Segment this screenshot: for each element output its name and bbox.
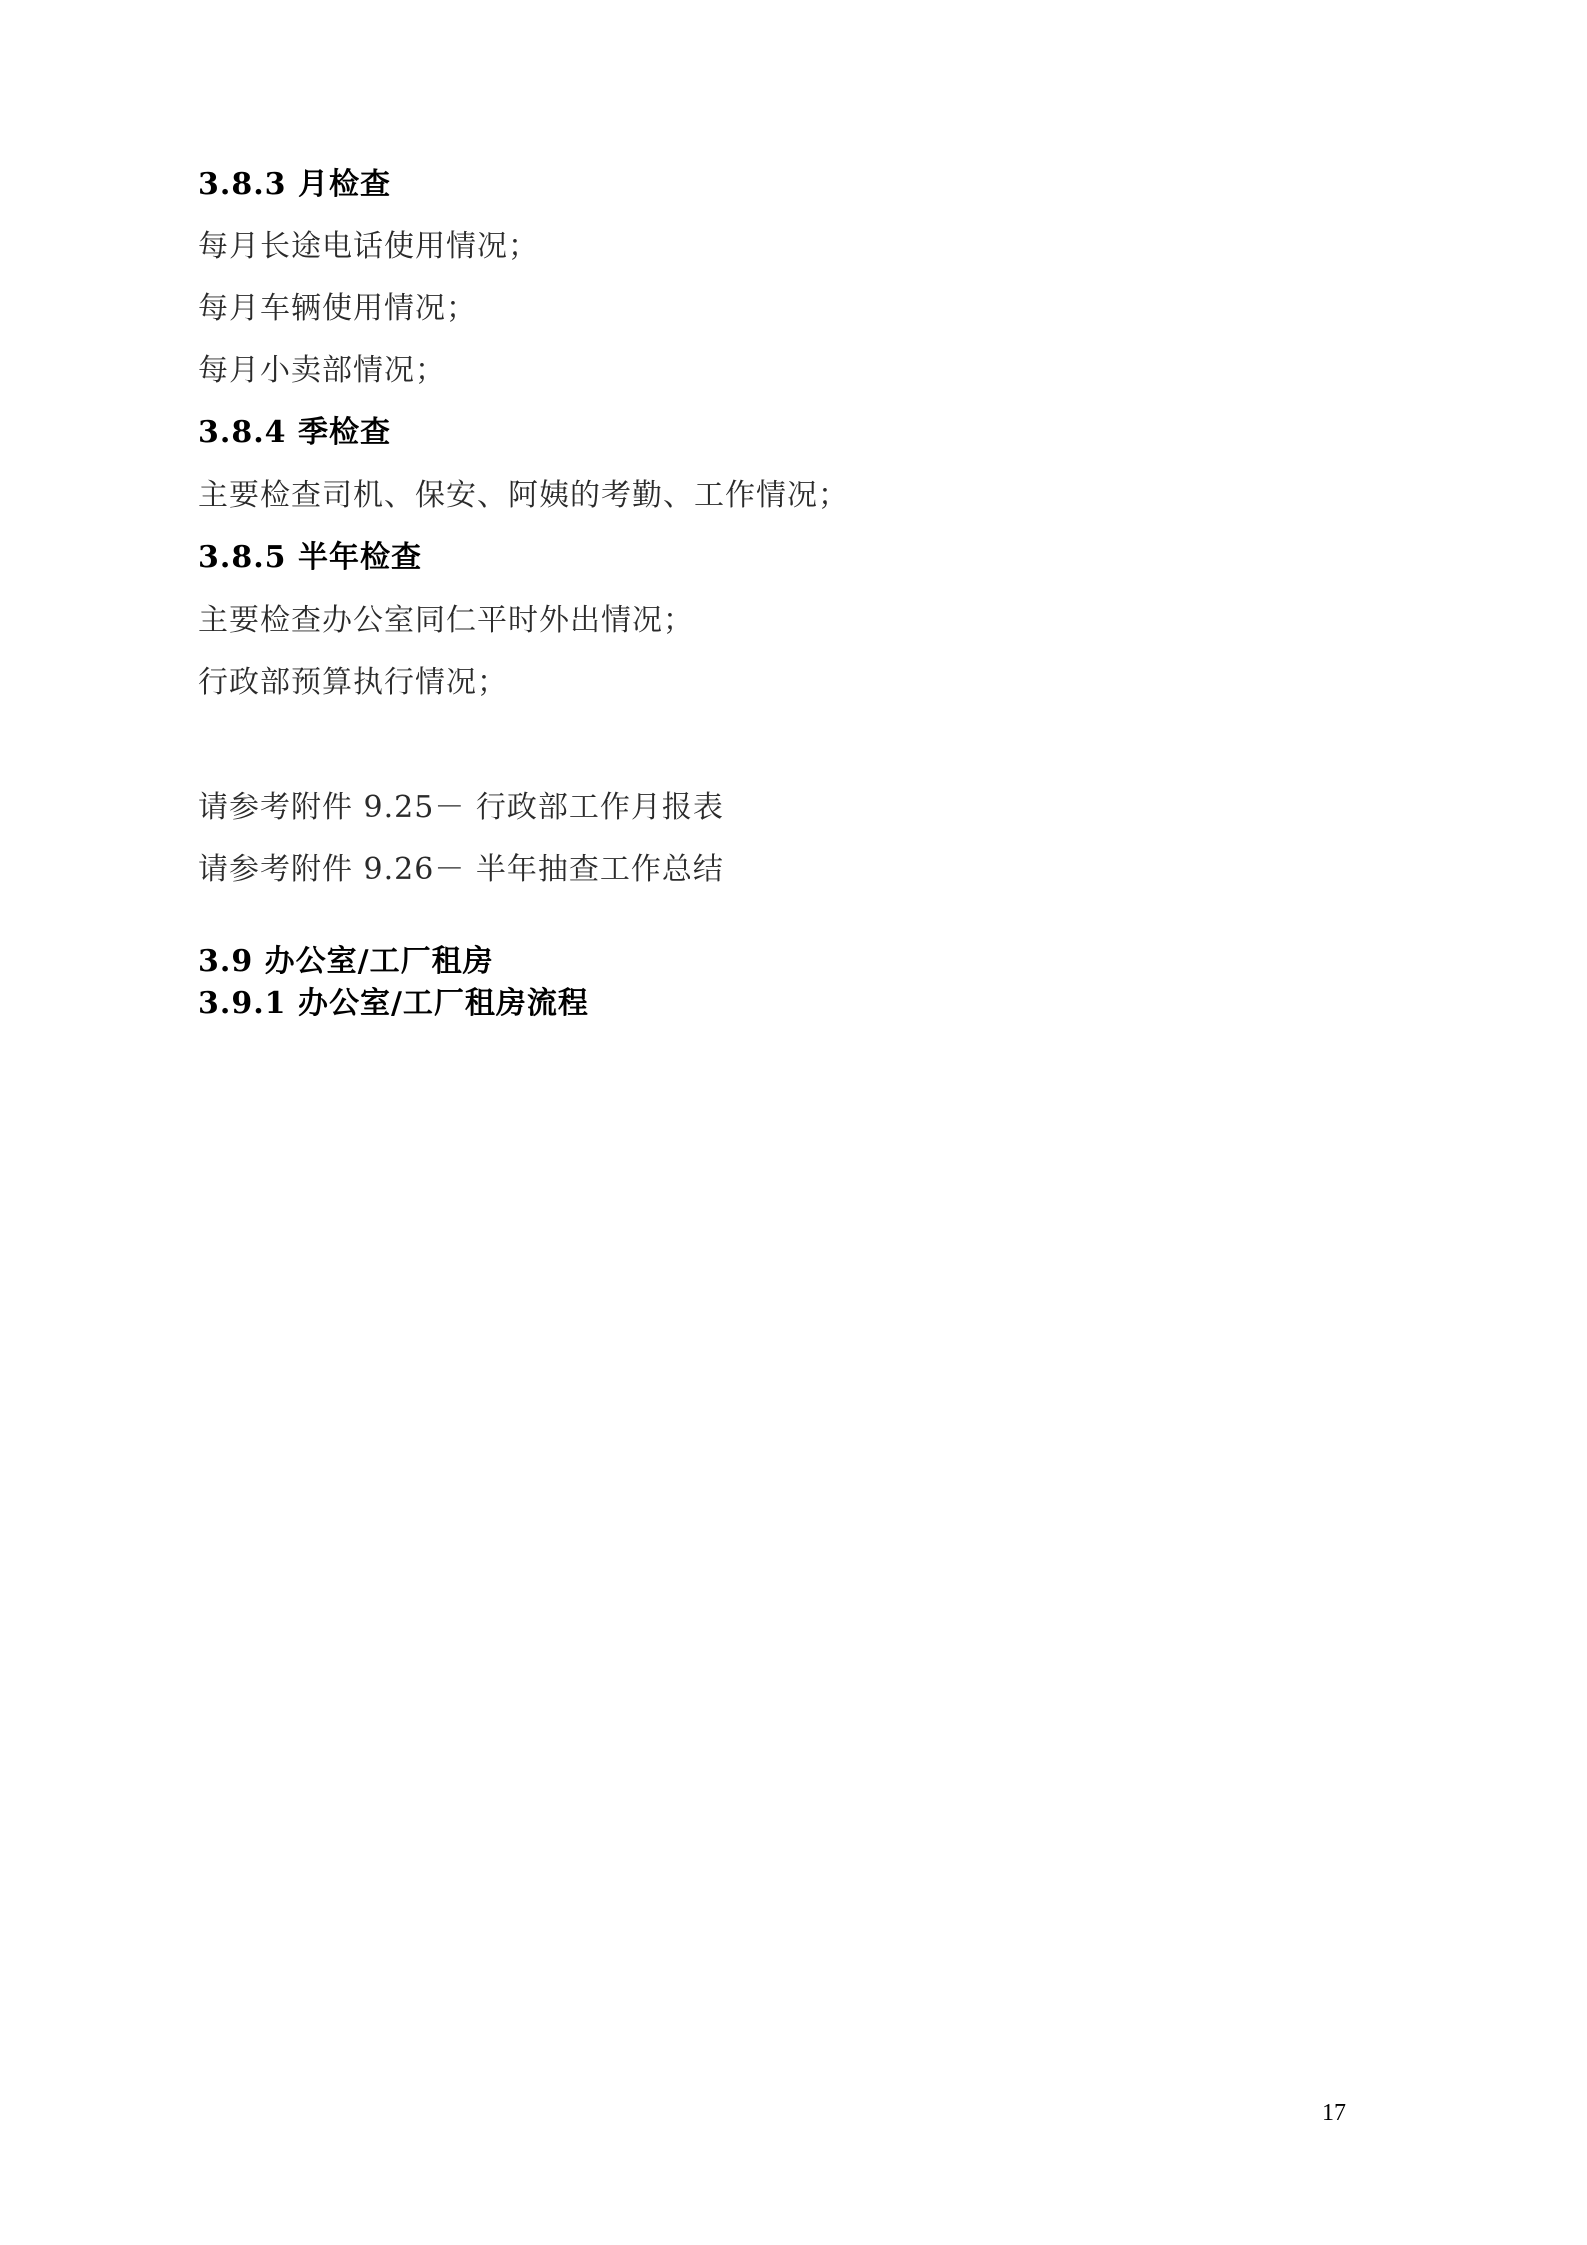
attachment-reference: 请参考附件 9.26－ 半年抽查工作总结 — [198, 850, 724, 890]
list-item: 每月长途电话使用情况； — [198, 227, 539, 267]
list-item: 行政部预算执行情况； — [198, 663, 508, 703]
attachment-reference: 请参考附件 9.25－ 行政部工作月报表 — [198, 788, 724, 828]
section-heading-office-rental: 3.9 办公室/工厂租房 — [198, 942, 494, 982]
section-heading-monthly-check: 3.8.3 月检查 — [198, 165, 391, 205]
list-item: 每月小卖部情况； — [198, 351, 446, 391]
page-number: 17 — [1322, 2098, 1346, 2128]
list-item: 主要检查办公室同仁平时外出情况； — [198, 601, 694, 641]
list-item: 每月车辆使用情况； — [198, 289, 477, 329]
section-heading-half-year-check: 3.8.5 半年检查 — [198, 538, 422, 578]
document-page: 3.8.3 月检查 每月长途电话使用情况； 每月车辆使用情况； 每月小卖部情况；… — [0, 0, 1587, 2245]
list-item: 主要检查司机、保安、阿姨的考勤、工作情况； — [198, 476, 849, 516]
subsection-heading-rental-process: 3.9.1 办公室/工厂租房流程 — [198, 984, 589, 1024]
section-heading-quarterly-check: 3.8.4 季检查 — [198, 413, 391, 453]
